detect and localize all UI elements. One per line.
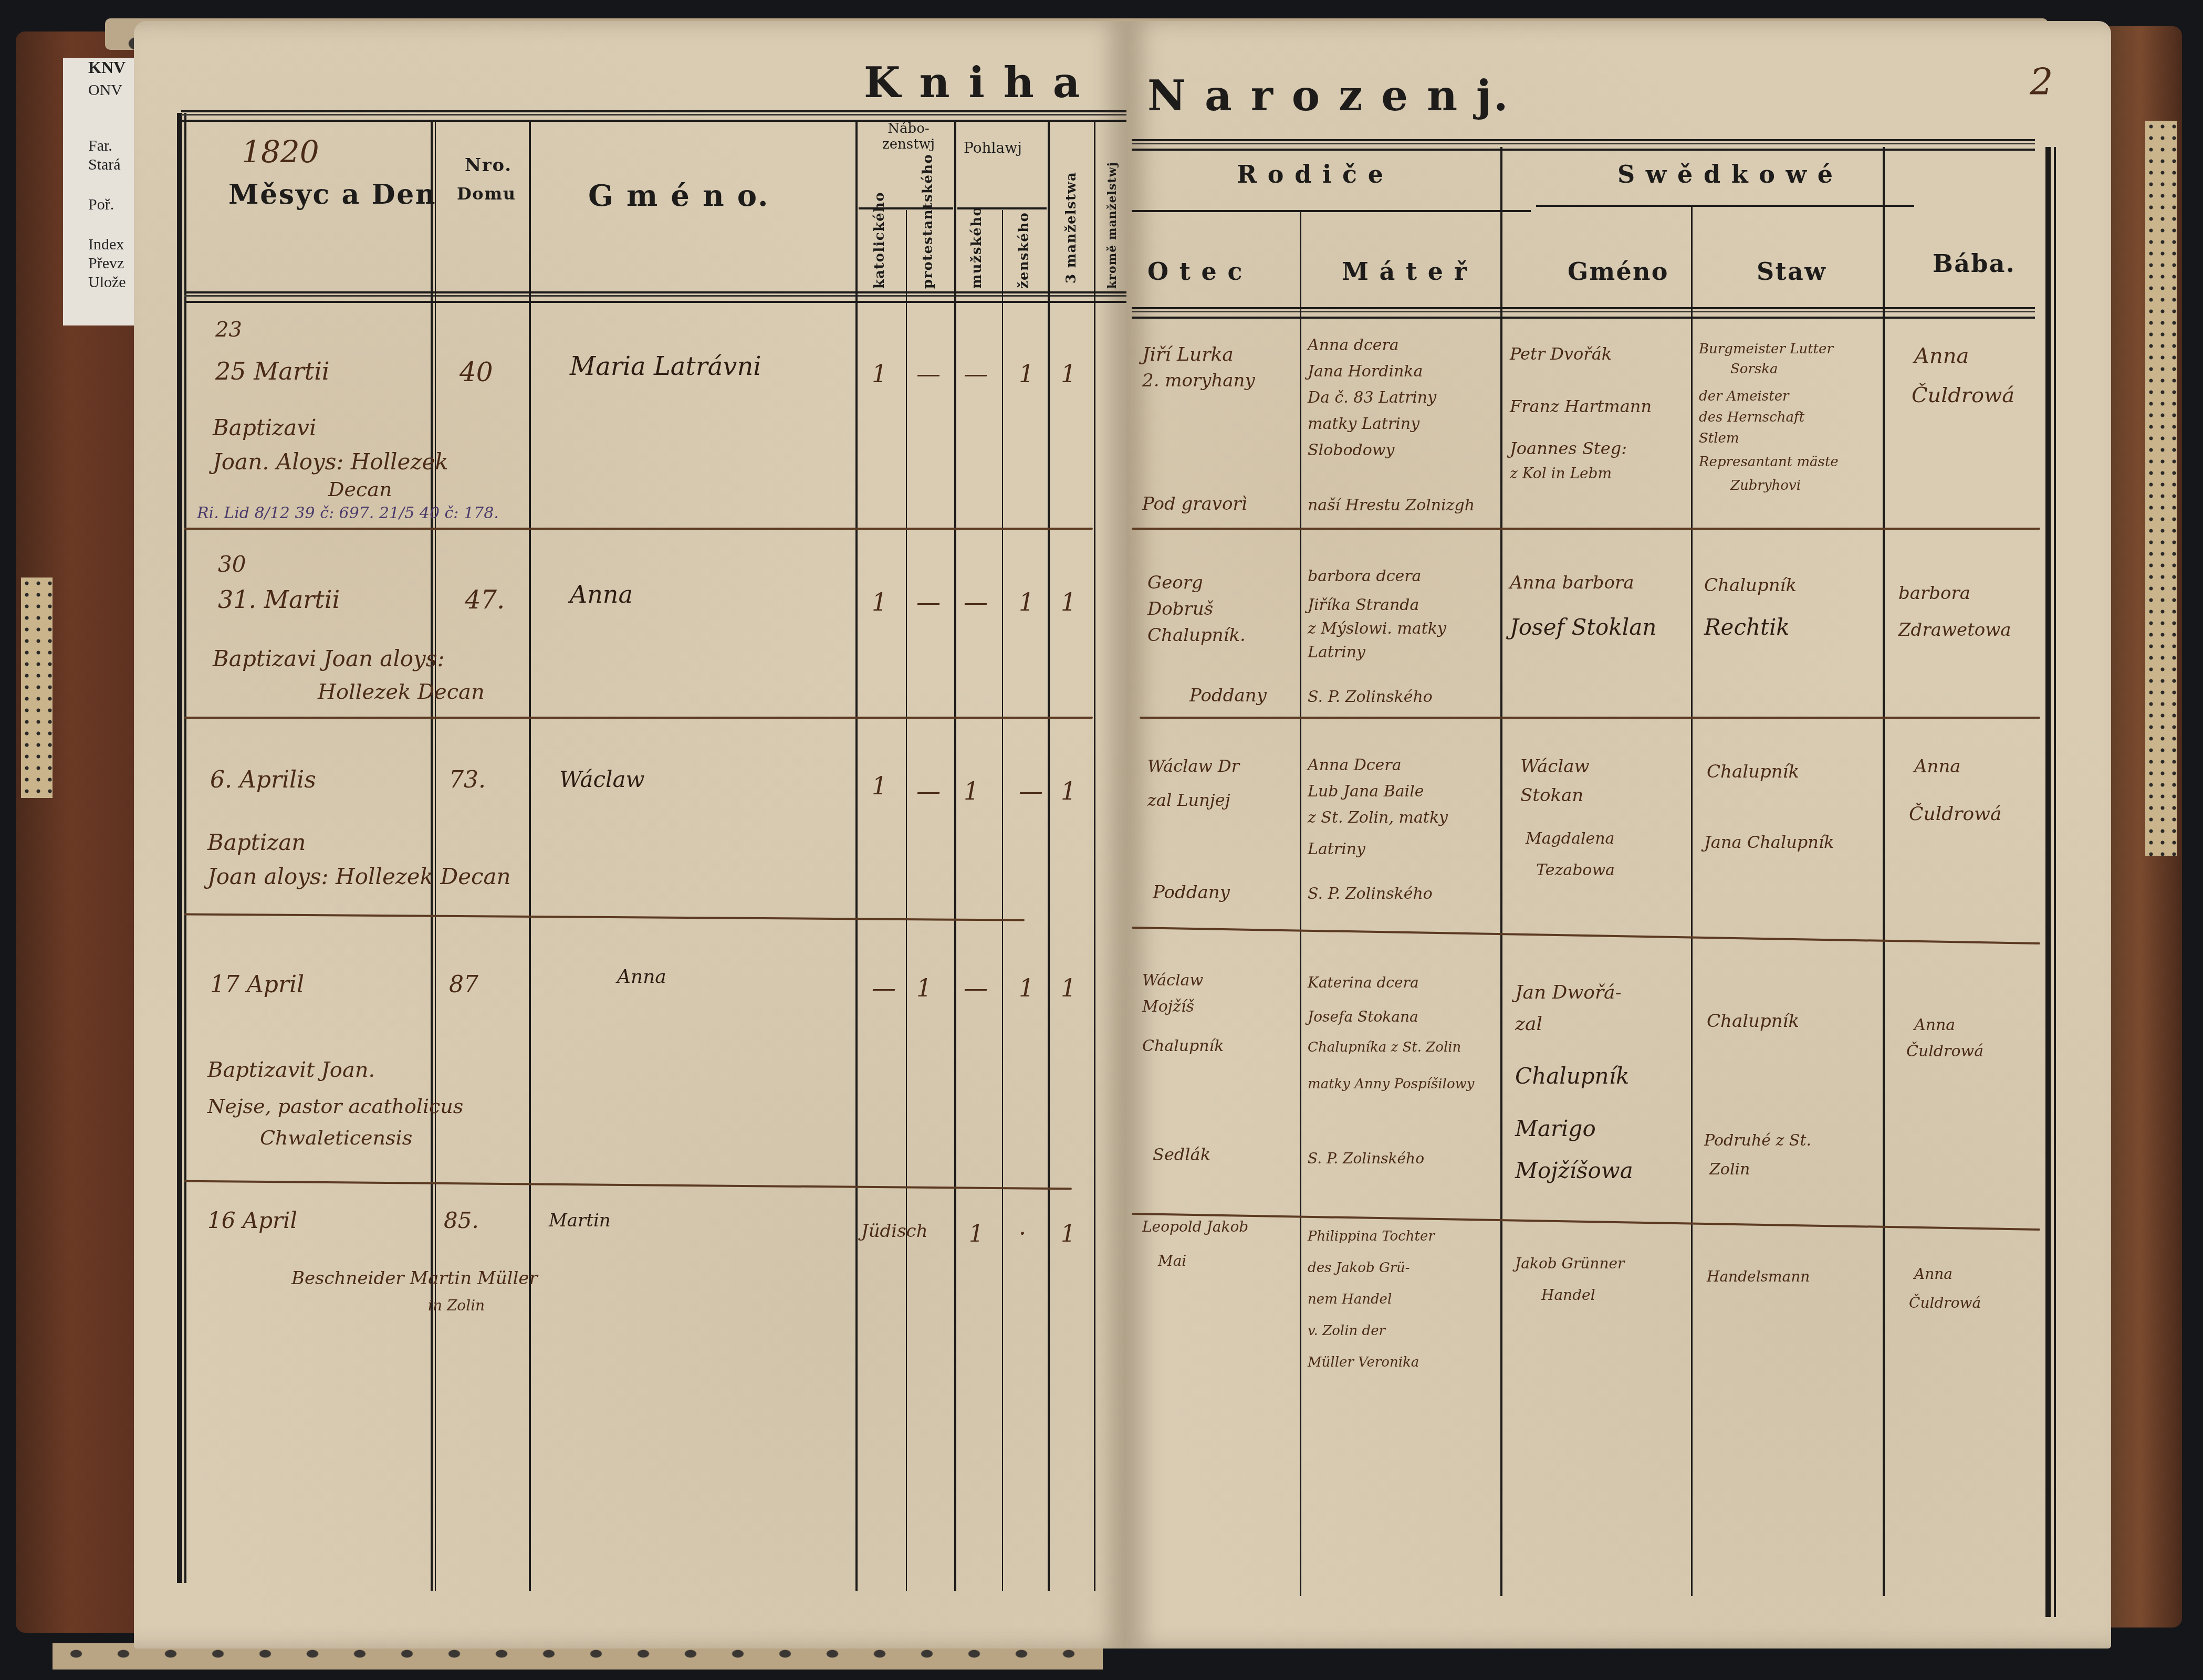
table-border-left-inner xyxy=(184,113,186,1583)
entry-4-name: Anna xyxy=(617,966,666,988)
entry-2-catholic: 1 xyxy=(872,588,887,616)
header-witness-name: Gméno xyxy=(1568,257,1669,286)
entry-1-father-extra: Pod gravorì xyxy=(1142,493,1247,514)
entry-1-midwife-line: Čuldrowá xyxy=(1912,383,2014,407)
entry-4-witness-line: zal xyxy=(1515,1013,1542,1035)
entry-divider xyxy=(1132,927,2040,944)
entry-1-father-line: Jiří Lurka xyxy=(1142,344,1234,365)
entry-1-mother-line: Anna dcera xyxy=(1308,336,1399,354)
entry-2-father-line: Dobruš xyxy=(1147,598,1213,619)
entry-1-midwife-line: Anna xyxy=(1914,344,1969,368)
entry-4-witness-line: Jan Dwořá- xyxy=(1515,982,1622,1003)
entry-3-mother-line: Lub Jana Baile xyxy=(1308,782,1424,801)
entry-5-legitimate: 1 xyxy=(1061,1221,1076,1247)
entry-divider xyxy=(1132,1213,2040,1231)
entry-4-witness-line: Chalupník xyxy=(1515,1063,1630,1089)
entry-3-baptism-note: Baptizan xyxy=(207,829,306,855)
entry-1-baptism-note: Decan xyxy=(328,478,392,501)
entry-2-mother-line: barbora dcera xyxy=(1308,567,1421,585)
entry-5-midwife-line: Čuldrowá xyxy=(1909,1294,1981,1311)
header-female: ženského xyxy=(1016,215,1032,289)
col-rule xyxy=(431,121,433,1591)
entry-4-mother-line: Josefa Stokana xyxy=(1308,1008,1418,1025)
entry-4-status-line: Zolin xyxy=(1709,1160,1750,1179)
entry-2-house: 47. xyxy=(465,585,505,615)
entry-2-witness-line: Anna barbora xyxy=(1510,572,1634,593)
year: 1820 xyxy=(242,134,319,170)
header-illegitimate: kromě manželstwj xyxy=(1105,142,1119,289)
entry-5-date: 16 April xyxy=(207,1207,297,1233)
entry-divider xyxy=(184,913,1025,921)
header-name: G m é n o. xyxy=(588,178,769,213)
entry-3-midwife-line: Anna xyxy=(1914,756,1961,777)
header-top-rule xyxy=(1132,139,2035,151)
entry-2-status-line: Rechtik xyxy=(1704,614,1790,640)
entry-1-mother-line: matky Latriny xyxy=(1308,415,1419,433)
marbled-endpaper xyxy=(2145,121,2177,856)
entry-3-mother-line: Anna Dcera xyxy=(1308,756,1402,774)
entry-1-status-line: Represantant mäste xyxy=(1699,454,1839,470)
book-title-left: K n i h a xyxy=(864,58,1082,107)
header-midwife: Bába. xyxy=(1933,249,2016,278)
entry-4-legitimate: 1 xyxy=(1061,974,1076,1002)
entry-5-father-line: Leopold Jakob xyxy=(1142,1218,1248,1235)
header-religion: Nábo- zenstwj xyxy=(864,121,953,152)
header-bottom-rule xyxy=(1132,307,2035,319)
entry-1-status-line: Burgmeister Lutter xyxy=(1699,341,1833,357)
entry-2-father-extra: Poddany xyxy=(1189,685,1267,706)
header-witnesses: S w ě d k o w é xyxy=(1617,160,1834,188)
entry-4-witness-line: Marigo xyxy=(1515,1116,1596,1141)
table-border-right-inner xyxy=(2054,147,2056,1617)
entry-2-status-line: Chalupník xyxy=(1704,575,1797,596)
entry-2-mother-extra: S. P. Zolinského xyxy=(1308,688,1433,706)
entry-5-witness-line: Jakob Grünner xyxy=(1515,1255,1624,1272)
entry-3-witness-line: Tezabowa xyxy=(1536,861,1615,879)
entry-4-midwife-line: Anna xyxy=(1914,1016,1955,1034)
entry-5-male: 1 xyxy=(969,1221,984,1247)
entry-5-status-line: Handelsmann xyxy=(1707,1268,1810,1285)
entry-3-witness-line: Stokan xyxy=(1520,785,1583,806)
entry-5-mother-line: Müller Veronika xyxy=(1308,1354,1419,1370)
header-father: O t e c xyxy=(1147,257,1244,286)
header-parents: R o d i č e xyxy=(1237,160,1384,188)
header-protestant: protestantského xyxy=(920,215,936,289)
entry-1-status-line: Sorska xyxy=(1730,361,1778,377)
entry-4-catholic: — xyxy=(872,974,896,1002)
entry-3-mother-line: z St. Zolin, matky xyxy=(1308,808,1448,827)
entry-2-baptism-note: Baptizavi Joan aloys: xyxy=(213,646,445,671)
entry-4-midwife-line: Čuldrowá xyxy=(1906,1042,1983,1060)
entry-3-father-extra: Poddany xyxy=(1153,882,1230,903)
entry-2-witness-line: Josef Stoklan xyxy=(1510,614,1656,640)
entry-divider xyxy=(184,528,1093,530)
header-bottom-rule xyxy=(184,291,1126,303)
entry-3-baptism-note: Joan aloys: Hollezek Decan xyxy=(207,864,511,889)
entry-2-mother-line: Jiříka Stranda xyxy=(1308,596,1419,614)
entry-1-baptism-note: Baptizavi xyxy=(213,415,316,440)
entry-1-status-line: der Ameister xyxy=(1699,388,1789,404)
entry-3-mother-extra: S. P. Zolinského xyxy=(1308,885,1433,903)
entry-2-baptism-note: Hollezek Decan xyxy=(318,680,485,704)
table-border-right xyxy=(2045,147,2051,1617)
entry-4-mother-line: Chalupníka z St. Zolin xyxy=(1308,1039,1461,1055)
entry-1-name: Maria Latrávni xyxy=(570,352,761,381)
entry-1-date: 25 Martii xyxy=(215,357,330,385)
entry-1-witness-line: Petr Dvořák xyxy=(1510,344,1612,364)
entry-3-name: Wáclaw xyxy=(559,766,645,792)
entry-3-female: — xyxy=(1019,777,1043,805)
entry-1-mother-line: Da č. 83 Latriny xyxy=(1308,388,1436,407)
entry-4-father-line: Wáclaw xyxy=(1142,971,1203,990)
entry-5-name: Martin xyxy=(549,1210,611,1231)
entry-3-male: 1 xyxy=(964,777,979,805)
entry-1-baptism-note: Joan. Aloys: Hollezek xyxy=(213,449,448,475)
entry-1-male: — xyxy=(964,360,988,388)
entry-3-witness-line: Wáclaw xyxy=(1520,756,1590,777)
entry-5-father-line: Mai xyxy=(1158,1252,1186,1269)
entry-5-mother-line: v. Zolin der xyxy=(1308,1323,1385,1339)
entry-4-male: — xyxy=(964,974,988,1002)
entry-2-male: — xyxy=(964,588,988,616)
entry-4-father-line: Mojžíš xyxy=(1142,997,1194,1016)
entry-4-status-line: Podruhé z St. xyxy=(1704,1131,1811,1150)
col-rule xyxy=(1094,121,1095,1591)
entry-5-catholic: Jüdisch xyxy=(861,1221,928,1242)
header-month-day: Měsyc a Den xyxy=(228,178,436,211)
entry-2-protestant: — xyxy=(916,588,941,616)
entry-1-catholic: 1 xyxy=(872,360,887,388)
col-rule xyxy=(1300,210,1301,1596)
entry-divider xyxy=(1132,528,2040,530)
left-page: K n i h a 1820 Měsyc a Den Nro. Domu G m… xyxy=(134,21,1126,1648)
entry-4-mother-line: Katerina dcera xyxy=(1308,974,1419,991)
entry-5-mother-line: des Jakob Grü- xyxy=(1308,1260,1410,1276)
entry-4-baptism-note: Nejse, pastor acatholicus xyxy=(207,1095,463,1118)
entry-4-witness-line: Mojžíšowa xyxy=(1515,1158,1633,1183)
col-rule xyxy=(435,121,436,1591)
entry-2-date: 31. Martii xyxy=(218,585,340,614)
entry-1-status-line: Zubryhovi xyxy=(1730,478,1801,493)
entry-3-date: 6. Aprilis xyxy=(210,766,316,793)
entry-3-father-line: zal Lunjej xyxy=(1147,790,1230,810)
entry-3-witness-line: Magdalena xyxy=(1526,829,1614,848)
header-house-no: Nro. xyxy=(465,155,512,176)
entry-3-status-line: Jana Chalupník xyxy=(1704,832,1834,852)
header-catholic: katolického xyxy=(872,215,888,289)
col-rule xyxy=(1883,147,1885,1596)
entry-1-legitimate: 1 xyxy=(1061,360,1076,388)
entry-1-date-top: 23 xyxy=(215,318,242,342)
entry-3-midwife-line: Čuldrowá xyxy=(1909,803,2001,825)
col-rule xyxy=(954,121,956,1591)
subheader-rule xyxy=(1132,210,1531,212)
header-legitimate: 3 manželstwa xyxy=(1063,157,1079,283)
entry-1-margin-note: Ri. Lid 8/12 39 č: 697. 21/5 40 č: 178. xyxy=(197,504,499,522)
entry-5-house: 85. xyxy=(444,1207,479,1233)
entry-1-witness-line: z Kol in Lebm xyxy=(1510,465,1612,482)
entry-4-house: 87 xyxy=(449,971,478,998)
page-number: 2 xyxy=(2030,60,2053,103)
entry-1-protestant: — xyxy=(916,360,941,388)
entry-5-midwife-line: Anna xyxy=(1914,1265,1953,1283)
entry-3-father-line: Wáclaw Dr xyxy=(1147,756,1239,776)
entry-2-mother-line: Latriny xyxy=(1308,643,1365,661)
subheader-rule xyxy=(1536,205,1914,207)
entry-1-witness-line: Franz Hartmann xyxy=(1510,396,1652,416)
col-rule xyxy=(1048,121,1050,1591)
entry-2-midwife-line: Zdrawetowa xyxy=(1898,619,2011,640)
header-male: mužského xyxy=(969,215,985,289)
marbled-endpaper xyxy=(21,577,53,798)
entry-3-protestant: — xyxy=(916,777,941,805)
entry-2-name: Anna xyxy=(570,580,633,608)
entry-4-baptism-note: Chwaleticensis xyxy=(260,1126,412,1149)
header-house-no-2: Domu xyxy=(457,184,516,204)
entry-2-midwife-line: barbora xyxy=(1898,583,1970,604)
entry-5-female: · xyxy=(1019,1221,1026,1247)
entry-2-mother-line: z Mýslowi. matky xyxy=(1308,619,1446,638)
entry-3-legitimate: 1 xyxy=(1061,777,1076,805)
entry-5-baptism-note: Beschneider Martin Müller xyxy=(291,1268,538,1289)
entry-5-mother-line: Philippina Tochter xyxy=(1308,1228,1435,1244)
entry-3-status-line: Chalupník xyxy=(1707,761,1799,782)
header-top-rule xyxy=(181,110,1126,122)
entry-1-status-line: des Hernschaft xyxy=(1699,409,1804,425)
col-rule xyxy=(1002,210,1003,1591)
entry-4-date: 17 April xyxy=(210,971,304,998)
entry-5-baptism-note: in Zolin xyxy=(428,1297,485,1314)
entry-4-female: 1 xyxy=(1019,974,1034,1002)
entry-2-father-line: Georg xyxy=(1147,572,1203,593)
entry-1-mother-extra: naší Hrestu Zolnizgh xyxy=(1308,496,1475,514)
entry-3-catholic: 1 xyxy=(872,772,887,800)
col-rule xyxy=(906,210,907,1591)
header-sex: Pohlawj xyxy=(964,139,1022,156)
entry-5-mother-line: nem Handel xyxy=(1308,1291,1392,1307)
header-witness-status: Staw xyxy=(1757,257,1826,286)
entry-5-witness-line: Handel xyxy=(1541,1286,1595,1304)
entry-2-date-top: 30 xyxy=(218,551,246,577)
entry-4-mother-extra: S. P. Zolinského xyxy=(1308,1150,1424,1167)
entry-4-mother-line: matky Anny Pospíšilowy xyxy=(1308,1076,1475,1092)
entry-1-mother-line: Slobodowy xyxy=(1308,441,1394,459)
entry-divider xyxy=(1140,717,2040,719)
entry-4-baptism-note: Baptizavit Joan. xyxy=(207,1058,375,1082)
entry-1-house: 40 xyxy=(460,357,493,387)
book-title-right: N a r o z e n j. xyxy=(1147,71,1510,120)
entry-1-mother-line: Jana Hordinka xyxy=(1308,362,1423,381)
col-rule xyxy=(1691,205,1693,1596)
entry-1-female: 1 xyxy=(1019,360,1034,388)
col-rule xyxy=(1500,147,1502,1596)
right-page: N a r o z e n j. 2 R o d i č e O t e c M… xyxy=(1126,21,2111,1648)
entry-2-female: 1 xyxy=(1019,588,1034,616)
col-rule xyxy=(855,121,858,1591)
entry-divider xyxy=(184,1180,1072,1190)
entry-1-status-line: Stlem xyxy=(1699,430,1739,446)
entry-4-status-line: Chalupník xyxy=(1707,1011,1799,1032)
entry-2-father-line: Chalupník. xyxy=(1147,625,1246,646)
entry-divider xyxy=(184,717,1093,719)
entry-4-father-extra: Sedlák xyxy=(1153,1144,1210,1164)
table-border-left xyxy=(177,113,182,1583)
entry-1-father-line: 2. moryhany xyxy=(1142,370,1255,391)
entry-2-legitimate: 1 xyxy=(1061,588,1076,616)
entry-3-house: 73. xyxy=(449,766,486,793)
entry-4-protestant: 1 xyxy=(916,974,932,1002)
col-rule xyxy=(529,121,531,1591)
entry-3-mother-line: Latriny xyxy=(1308,840,1365,858)
entry-1-witness-line: Joannes Steg: xyxy=(1510,438,1627,458)
entry-4-father-line: Chalupník xyxy=(1142,1037,1224,1055)
header-mother: M á t e ř xyxy=(1342,257,1468,286)
